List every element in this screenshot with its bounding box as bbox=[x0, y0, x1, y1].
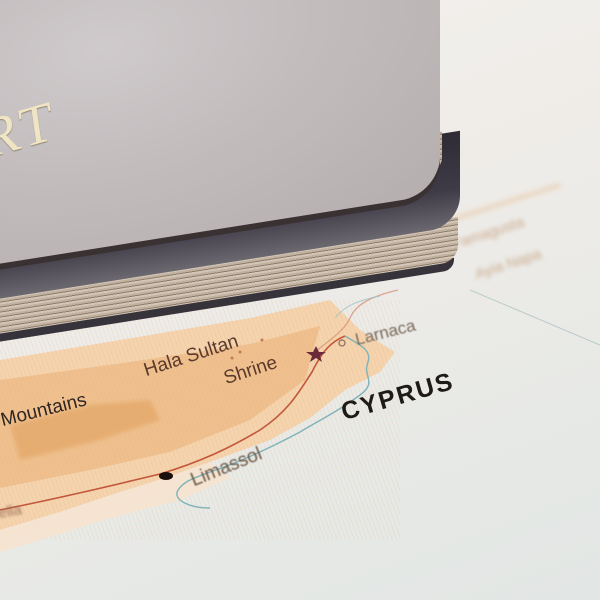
limassol-marker-icon bbox=[159, 472, 173, 480]
photo-scene: Mountains Hala Sultan Shrine Larnaca CYP… bbox=[0, 0, 600, 600]
